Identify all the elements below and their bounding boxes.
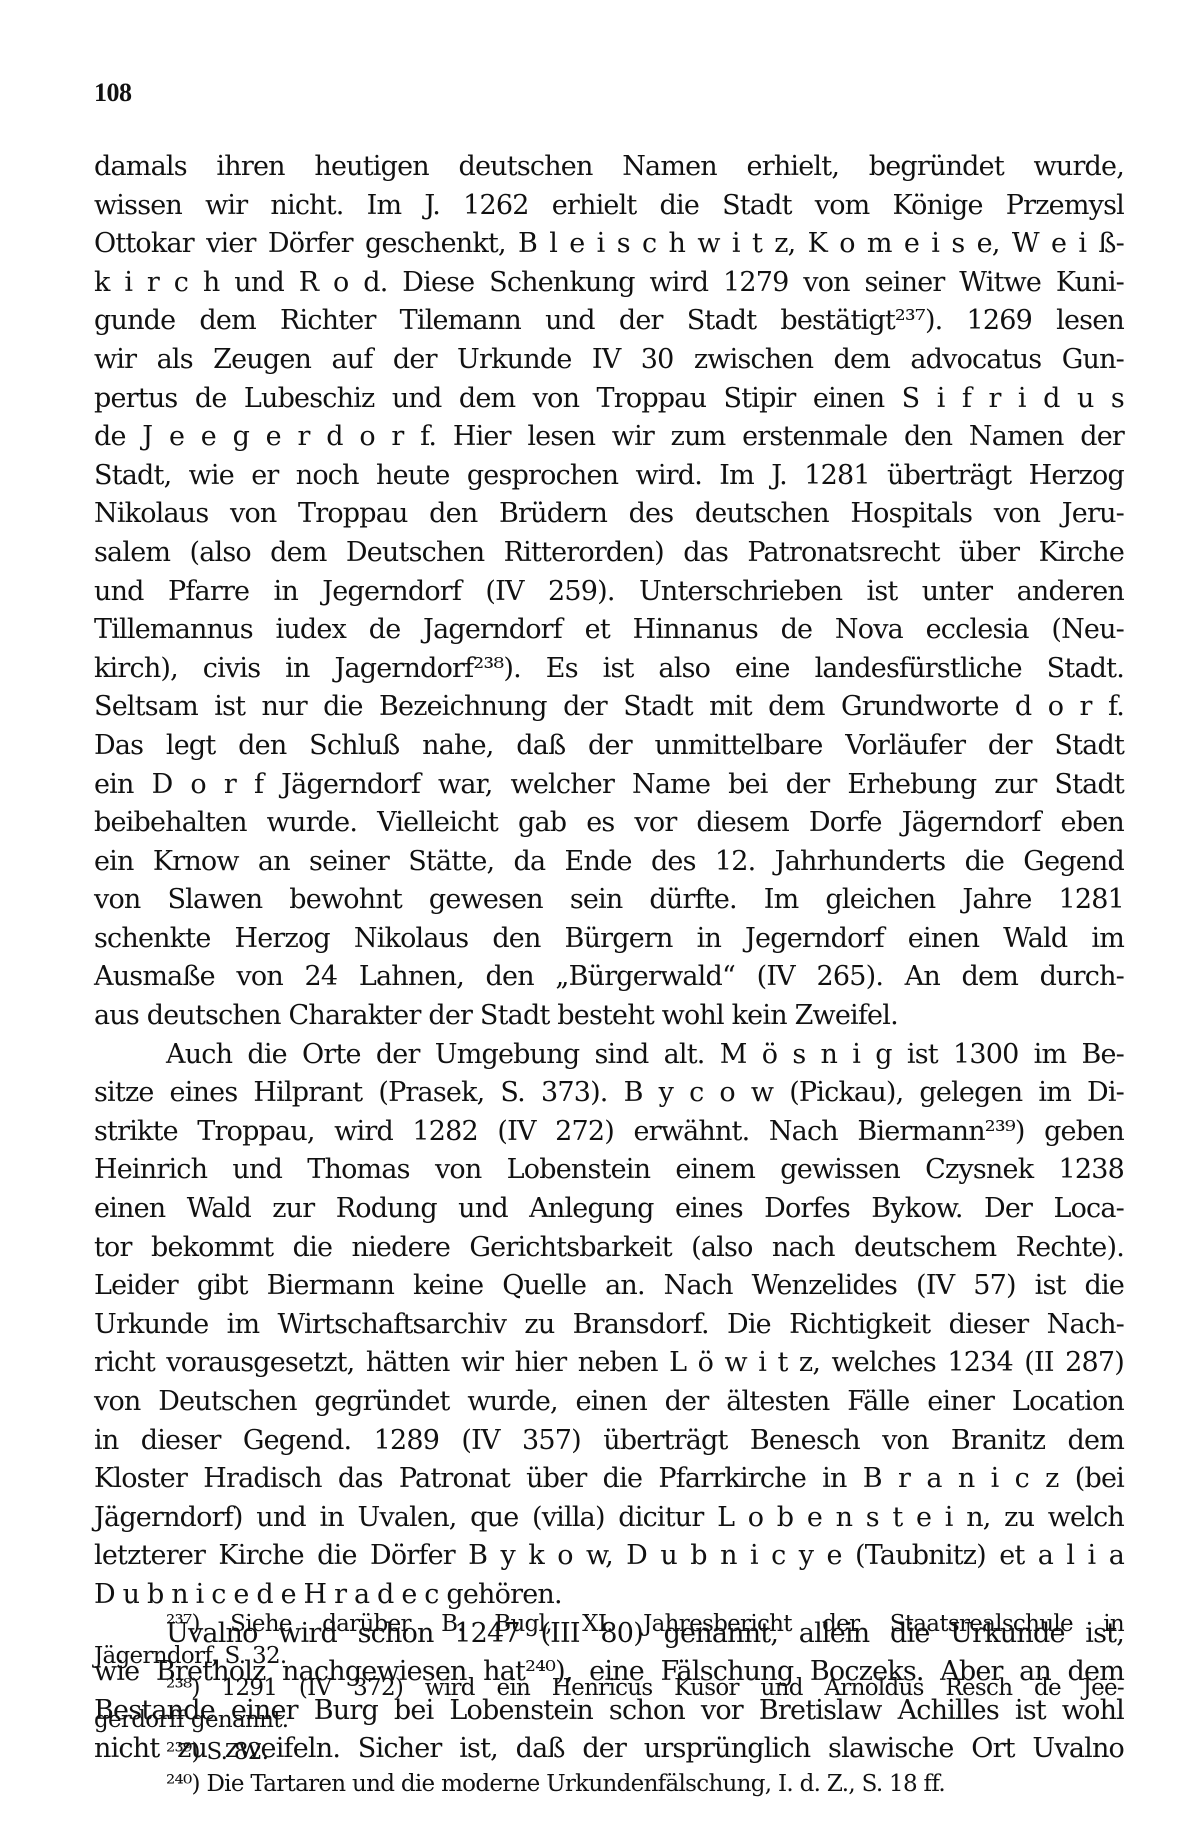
text-line: Heinrich und Thomas von Lobenstein einem…: [94, 1151, 1124, 1190]
footnote-240: ²⁴⁰) Die Tartaren und die moderne Urkund…: [94, 1768, 1124, 1800]
text-line: sitze eines Hilprant (Prasek, S. 373). B…: [94, 1074, 1124, 1113]
text-line: gunde dem Richter Tilemann und der Stadt…: [94, 302, 1124, 341]
text-line: Seltsam ist nur die Bezeichnung der Stad…: [94, 688, 1124, 727]
text-line: letzterer Kirche die Dörfer B y k o w, D…: [94, 1537, 1124, 1576]
text-line: de J e e g e r d o r f. Hier lesen wir z…: [94, 418, 1124, 457]
text-line: von Deutschen gegründet wurde, einen der…: [94, 1383, 1124, 1422]
text-line: richt vorausgesetzt, hätten wir hier neb…: [94, 1344, 1124, 1383]
text-line: salem (also dem Deutschen Ritterorden) d…: [94, 534, 1124, 573]
text-line: ein D o r f Jägerndorf war, welcher Name…: [94, 766, 1124, 805]
text-line: kirch), civis in Jagerndorf²³⁸). Es ist …: [94, 650, 1124, 689]
footnote-238-continued: gerdorff genannt.: [94, 1704, 1124, 1736]
page-number: 108: [94, 78, 132, 108]
text-line: Nikolaus von Troppau den Brüdern des deu…: [94, 495, 1124, 534]
footnotes: ²³⁷) Siehe darüber B. Bugl, XI. Jahresbe…: [94, 1608, 1124, 1800]
text-line: k i r c h und R o d. Diese Schenkung wir…: [94, 264, 1124, 303]
text-line: Ausmaße von 24 Lahnen, den „Bürgerwald“ …: [94, 958, 1124, 997]
text-line: Kloster Hradisch das Patronat über die P…: [94, 1460, 1124, 1499]
text-line: Ottokar vier Dörfer geschenkt, B l e i s…: [94, 225, 1124, 264]
text-line: in dieser Gegend. 1289 (IV 357) überträg…: [94, 1422, 1124, 1461]
text-line: ein Krnow an seiner Stätte, da Ende des …: [94, 843, 1124, 882]
footnote-237-continued: Jägerndorf, S. 32.: [94, 1640, 1124, 1672]
text-line: pertus de Lubeschiz und dem von Troppau …: [94, 380, 1124, 419]
text-line: wir als Zeugen auf der Urkunde IV 30 zwi…: [94, 341, 1124, 380]
text-line: Leider gibt Biermann keine Quelle an. Na…: [94, 1267, 1124, 1306]
text-line: tor bekommt die niedere Gerichtsbarkeit …: [94, 1229, 1124, 1268]
text-line: Das legt den Schluß nahe, daß der unmitt…: [94, 727, 1124, 766]
text-line: einen Wald zur Rodung und Anlegung eines…: [94, 1190, 1124, 1229]
text-line: Stadt, wie er noch heute gesprochen wird…: [94, 457, 1124, 496]
text-line: Urkunde im Wirtschaftsarchiv zu Bransdor…: [94, 1306, 1124, 1345]
body-text: damals ihren heutigen deutschen Namen er…: [94, 148, 1124, 1769]
text-line: und Pfarre in Jegerndorf (IV 259). Unter…: [94, 573, 1124, 612]
text-line: Jägerndorf) und in Uvalen, que (villa) d…: [94, 1499, 1124, 1538]
text-line: strikte Troppau, wird 1282 (IV 272) erwä…: [94, 1113, 1124, 1152]
footnote-239: ²³⁹) S. 82.: [94, 1736, 1124, 1768]
text-line: wissen wir nicht. Im J. 1262 erhielt die…: [94, 187, 1124, 226]
footnote-237: ²³⁷) Siehe darüber B. Bugl, XI. Jahresbe…: [94, 1608, 1124, 1640]
paragraph-start-line: Auch die Orte der Umgebung sind alt. M ö…: [94, 1036, 1124, 1075]
footnote-238: ²³⁸) 1291 (IV 372) wird ein Henricus Kus…: [94, 1672, 1124, 1704]
text-line: schenkte Herzog Nikolaus den Bürgern in …: [94, 920, 1124, 959]
text-line: Tillemannus iudex de Jagerndorf et Hinna…: [94, 611, 1124, 650]
text-line: beibehalten wurde. Vielleicht gab es vor…: [94, 804, 1124, 843]
paragraph-end-line: aus deutschen Charakter der Stadt besteh…: [94, 997, 1124, 1036]
text-line: von Slawen bewohnt gewesen sein dürfte. …: [94, 881, 1124, 920]
text-line: damals ihren heutigen deutschen Namen er…: [94, 148, 1124, 187]
